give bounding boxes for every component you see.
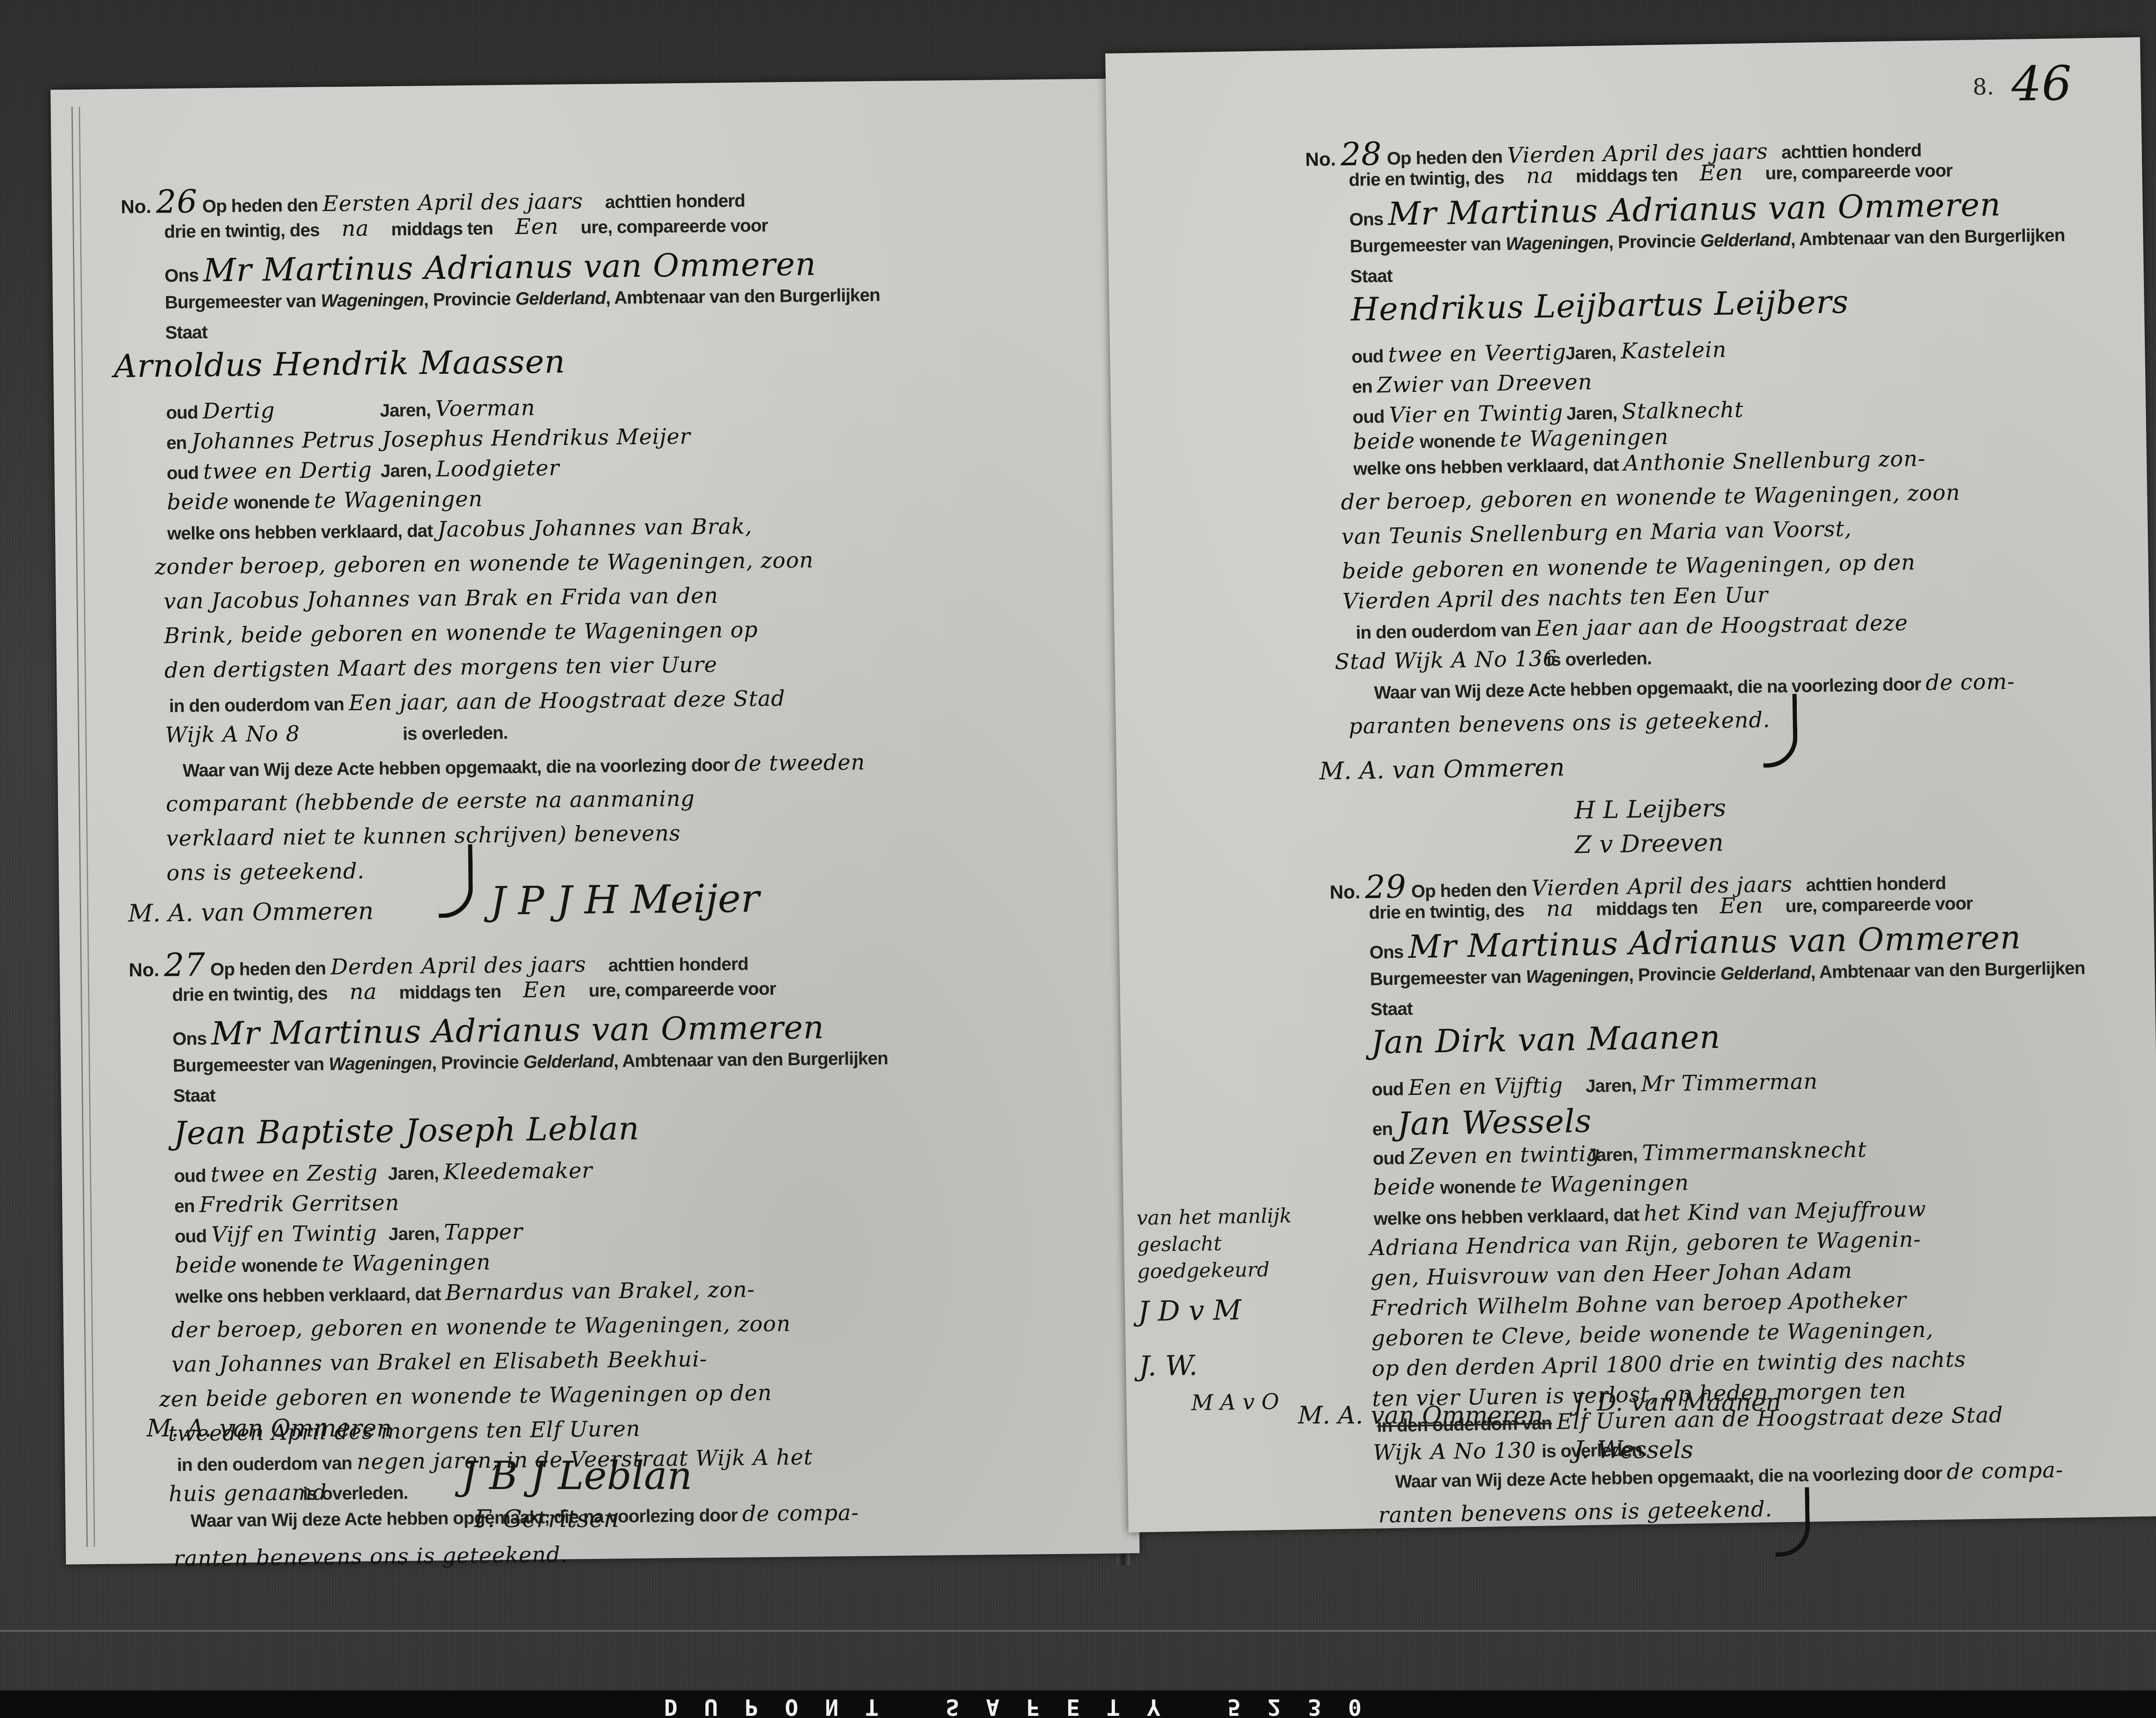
informant2-occupation: Timmermansknecht <box>1642 1137 1867 1166</box>
printed-text: welke ons hebben verklaard, dat <box>1373 1204 1639 1229</box>
left-bottom-signatures: M. A. van Ommeren <box>147 1414 392 1442</box>
address: Wijk A No 130 <box>1373 1438 1537 1465</box>
deceased-line: van Teunis Snellenburg en Maria van Voor… <box>1341 516 1852 549</box>
closing-line: paranten benevens ons is geteekend. <box>1348 707 1771 739</box>
deceased-line: der beroep, geboren en wonende te Wageni… <box>171 1311 791 1342</box>
printed-text: Waar van Wij deze Acte hebben opgemaakt,… <box>182 755 730 781</box>
closing-line: de compa- <box>742 1500 859 1527</box>
printed-text: Wageningen <box>329 1053 432 1074</box>
printed-text: Gelderland <box>523 1051 614 1072</box>
printed-text: Ons <box>1349 209 1383 229</box>
margin-initials: J D v M <box>1138 1291 1293 1331</box>
informant2-age: Zeven en twintig <box>1409 1141 1582 1169</box>
printed-text: drie en twintig, des <box>164 220 320 242</box>
record-number: 26 <box>156 183 197 221</box>
deceased-line: den dertigsten Maart des morgens ten vie… <box>164 652 718 683</box>
signature-informant: J B J Leblan <box>461 1453 692 1499</box>
no-label: No. <box>1329 881 1360 903</box>
printed-text: Jaren, <box>389 1223 439 1244</box>
right-page: 8. 46 No. 28 Op heden den Vierden April … <box>1105 37 2156 1532</box>
address: Wijk A No 8 <box>165 720 398 748</box>
printed-text: , Ambtenaar van den Burgerlijken <box>1811 958 2085 982</box>
printed-text: oud <box>1352 406 1385 427</box>
printed-text: oud <box>175 1226 207 1246</box>
na-word: na <box>1526 163 1554 188</box>
printed-text: en <box>174 1196 195 1216</box>
no-label: No. <box>121 196 151 218</box>
residence-place: te Wageningen <box>314 486 483 513</box>
closing-line: ranten benevens ons is geteekend. <box>174 1542 568 1571</box>
na-word: na <box>1546 896 1574 921</box>
deceased-line: van Jacobus Johannes van Brak en Frida v… <box>163 583 718 614</box>
printed-text: is overleden. <box>1546 648 1651 670</box>
printed-text: en <box>1372 1119 1393 1139</box>
printed-text: oud <box>166 402 198 423</box>
record-date: Derden April des jaars <box>330 952 586 979</box>
printed-text: , Ambtenaar van den Burgerlijken <box>614 1048 888 1071</box>
printed-text: Jaren, <box>388 1163 439 1184</box>
informant2-occupation: Loodgieter <box>436 455 560 482</box>
printed-text: Ons <box>172 1028 207 1049</box>
printed-text: ure, compareerde voor <box>589 978 776 1001</box>
deceased-line: op den derden April 1800 drie en twintig… <box>1372 1347 1966 1381</box>
printed-text: wonende <box>242 1255 317 1276</box>
deceased-line: Bernardus van Brakel, zon- <box>445 1277 755 1305</box>
informant1-age: Een en Vijftig <box>1408 1072 1581 1100</box>
printed-text: Gelderland <box>515 288 606 309</box>
printed-text: drie en twintig, des <box>172 983 328 1005</box>
printed-text: en <box>1352 376 1373 397</box>
printed-text: , Provincie <box>1629 963 1716 985</box>
margin-line: goedgekeurd <box>1137 1256 1293 1285</box>
printed-text: Jaren, <box>1586 1144 1637 1165</box>
printed-text: , Provincie <box>1608 231 1695 252</box>
deceased-line: geboren te Cleve, beide wonende te Wagen… <box>1371 1317 1934 1351</box>
printed-text: is overleden. <box>403 722 508 744</box>
signature-flourish <box>1762 694 1798 768</box>
signature-flourish <box>438 844 473 918</box>
printed-text: en <box>166 433 187 453</box>
informant1-age: Dertig <box>203 397 376 423</box>
printed-text: oud <box>1373 1147 1405 1168</box>
printed-text: middags ten <box>1596 897 1698 919</box>
page-border-rule <box>72 107 95 1547</box>
printed-text: Gelderland <box>1700 229 1791 251</box>
printed-text: Ons <box>1369 941 1404 962</box>
printed-text: wonende <box>1440 1176 1516 1198</box>
residence-place: te Wageningen <box>322 1250 491 1276</box>
informant1-age: twee en Zestig <box>210 1160 383 1187</box>
printed-text: , Provincie <box>423 288 511 310</box>
informant2-age: Vier en Twintig <box>1389 400 1562 428</box>
na-word: na <box>342 216 370 241</box>
printed-text: Gelderland <box>1720 962 1811 984</box>
age-and-place: Een jaar aan de Hoogstraat deze <box>1536 610 1908 641</box>
deceased-line: Fredrich Wilhelm Bohne van beroep Apothe… <box>1371 1287 1907 1321</box>
residence-word: beide <box>1353 428 1415 454</box>
printed-text: welke ons hebben verklaard, dat <box>175 1284 441 1307</box>
margin-initials: J. W. <box>1138 1345 1294 1385</box>
official-name: Mr Martinus Adrianus van Ommeren <box>211 1009 824 1052</box>
printed-text: Staat <box>1350 266 1392 287</box>
printed-text: ure, compareerde voor <box>1785 893 1973 916</box>
printed-text: oud <box>166 463 198 483</box>
deceased-line: zonder beroep, geboren en wonende te Wag… <box>154 548 814 580</box>
printed-text: welke ons hebben verklaard, dat <box>1353 454 1619 479</box>
printed-text: Staat <box>173 1085 215 1106</box>
printed-text: , Provincie <box>432 1052 519 1073</box>
deceased-line: zen beide geboren en wonende te Wagening… <box>159 1380 772 1412</box>
official-name: Mr Martinus Adrianus van Ommeren <box>1408 919 2021 966</box>
age-and-place: Een jaar, aan de Hoogstraat deze Stad <box>348 686 785 715</box>
printed-text: achttien honderd <box>608 953 748 975</box>
deceased-line: van Johannes van Brakel en Elisabeth Bee… <box>172 1346 708 1377</box>
printed-text: ure, compareerde voor <box>1765 160 1952 183</box>
printed-text: oud <box>174 1165 206 1186</box>
printed-text: drie en twintig, des <box>1349 167 1504 190</box>
record-hour: Een <box>523 977 567 1003</box>
address: Stad Wijk A No 136 <box>1335 646 1542 674</box>
printed-text: Burgemeester van <box>173 1054 324 1076</box>
margin-annotation: van het manlijk geslacht goedgekeurd J D… <box>1136 1202 1295 1419</box>
record-number: 27 <box>164 946 206 984</box>
folio-number: 8. <box>1972 74 1994 100</box>
signature-informant: J. Wessels <box>1574 1436 1693 1464</box>
printed-text: Op heden den <box>202 195 318 216</box>
deceased-line: Vierden April des nachts ten Een Uur <box>1342 582 1768 614</box>
informant2-name: Zwier van Dreeven <box>1377 369 1592 398</box>
closing-line: comparant (hebbende de eerste na aanmani… <box>166 786 695 817</box>
printed-text: Jaren, <box>380 400 431 420</box>
informant2-name: Jan Wessels <box>1397 1103 1592 1143</box>
signature-informant: F. Gerritsen <box>474 1505 619 1533</box>
residence-word: beide <box>167 489 229 515</box>
signature-official: M. A. van Ommeren <box>128 897 374 928</box>
record-hour: Een <box>1720 893 1764 919</box>
residence-word: beide <box>175 1252 237 1278</box>
closing-line: ranten benevens ons is geteekend. <box>1378 1496 1773 1527</box>
printed-text: , Ambtenaar van den Burgerlijken <box>1790 225 2065 249</box>
informant2-age: twee en Dertig <box>203 457 376 484</box>
residence-place: te Wageningen <box>1520 1170 1689 1198</box>
residence-word: beide <box>1373 1174 1435 1200</box>
printed-text: in den ouderdom van <box>1356 620 1531 643</box>
printed-text: middags ten <box>391 218 493 239</box>
informant1-occupation: Voerman <box>435 395 535 421</box>
printed-text: middags ten <box>399 981 501 1002</box>
signature-informant: H L Leijbers <box>1574 794 1726 825</box>
signature-official: M. A. van Ommeren <box>1298 1401 1543 1430</box>
printed-text: Jaren, <box>1586 1075 1636 1096</box>
deceased-line: Jacobus Johannes van Brak, <box>437 514 752 542</box>
printed-text: Burgemeester van <box>165 291 316 313</box>
printed-text: Waar van Wij deze Acte hebben opgemaakt,… <box>1395 1463 1942 1492</box>
printed-text: Staat <box>165 322 207 342</box>
printed-text: middags ten <box>1576 164 1678 186</box>
printed-text: Wageningen <box>1526 965 1629 987</box>
residence-place: te Wageningen <box>1500 424 1669 452</box>
printed-text: wonende <box>234 492 309 513</box>
margin-initials: M A v O <box>1191 1387 1295 1418</box>
record-hour: Een <box>1699 160 1743 186</box>
address: huis genaamd <box>169 1480 298 1506</box>
informant1-occupation: Mr Timmerman <box>1641 1069 1818 1096</box>
no-label: No. <box>128 959 159 981</box>
printed-text: oud <box>1372 1078 1404 1099</box>
margin-line: van het manlijk <box>1136 1202 1292 1232</box>
official-name: Mr Martinus Adrianus van Ommeren <box>1388 186 2001 232</box>
informant1-name: Hendrikus Leijbartus Leijbers <box>1351 283 1849 328</box>
margin-line: geslacht <box>1137 1229 1292 1258</box>
informant2-name: Fredrik Gerritsen <box>199 1190 400 1217</box>
signature-informant: Z v Dreeven <box>1575 829 1724 859</box>
printed-text: Waar van Wij deze Acte hebben opgemaakt,… <box>1374 674 1921 703</box>
printed-text: Burgemeester van <box>1370 966 1521 989</box>
informant1-occupation: Kleedemaker <box>443 1158 593 1185</box>
informant1-name: Jean Baptiste Joseph Leblan <box>173 1110 639 1152</box>
signature-informant: J P J H Meijer <box>490 876 759 924</box>
folio-handwritten: 46 <box>2011 56 2072 112</box>
printed-text: Ons <box>164 265 198 286</box>
na-word: na <box>349 979 377 1004</box>
deceased-line: beide geboren en wonende te Wageningen, … <box>1342 550 1916 584</box>
printed-text: oud <box>1351 346 1384 367</box>
informant1-name: Jan Dirk van Maanen <box>1371 1019 1721 1061</box>
informant2-occupation: Stalknecht <box>1622 397 1744 424</box>
deceased-line: Adriana Hendrica van Rijn, geboren te Wa… <box>1369 1227 1921 1260</box>
printed-text: Wageningen <box>321 289 424 310</box>
deceased-line: Brink, beide geboren en wonende te Wagen… <box>164 617 758 648</box>
film-scratch-line <box>0 1630 2156 1632</box>
official-name: Mr Martinus Adrianus van Ommeren <box>203 246 816 289</box>
printed-text: Wageningen <box>1505 232 1609 254</box>
record-date: Eersten April des jaars <box>323 188 583 216</box>
left-page: No. 26 Op heden den Eersten April des ja… <box>50 78 1140 1564</box>
printed-text: Op heden den <box>210 958 326 980</box>
printed-text: drie en twintig, des <box>1369 900 1524 923</box>
closing-line: de com- <box>1925 669 2015 695</box>
death-record-29: No. 29 Op heden den Vierden April des ja… <box>1117 770 2152 787</box>
informant1-name: Arnoldus Hendrik Maassen <box>113 343 565 385</box>
closing-line: de tweeden <box>734 749 865 776</box>
deceased-line: Anthonie Snellenburg zon- <box>1623 446 1926 476</box>
printed-text: ure, compareerde voor <box>580 215 768 238</box>
printed-text: achttien honderd <box>605 190 745 212</box>
record-hour: Een <box>515 214 559 239</box>
deceased-line: gen, Huisvrouw van den Heer Johan Adam <box>1370 1258 1852 1291</box>
printed-text: Burgemeester van <box>1350 234 1501 256</box>
printed-text: Jaren, <box>380 460 431 481</box>
printed-text: , Ambtenaar van den Burgerlijken <box>605 285 880 308</box>
printed-text: in den ouderdom van <box>169 694 344 716</box>
closing-line: verklaard niet te kunnen schrijven) bene… <box>166 821 681 851</box>
printed-text: wonende <box>1420 430 1495 452</box>
signature-informant: J. D. van Maanen <box>1574 1389 1781 1417</box>
no-label: No. <box>1305 149 1336 170</box>
informant2-name: Johannes Petrus Josephus Hendrikus Meije… <box>191 424 690 454</box>
printed-text: Staat <box>1370 998 1413 1019</box>
printed-text: is overleden. <box>303 1483 408 1504</box>
signature-official: M. A. van Ommeren <box>1319 754 1565 786</box>
printed-text: in den ouderdom van <box>177 1453 352 1475</box>
film-edge-code: DUPONT SAFETY 5230 <box>664 1694 1388 1718</box>
informant1-occupation: Kastelein <box>1620 337 1727 364</box>
printed-text: Jaren, <box>1565 342 1616 364</box>
printed-text: Waar van Wij deze Acte hebben opgemaakt,… <box>191 1505 738 1531</box>
signature-official: M. A. van Ommeren <box>147 1414 392 1442</box>
deceased-line: het Kind van Mejuffrouw <box>1644 1196 1927 1226</box>
deceased-line: der beroep, geboren en wonende te Wageni… <box>1341 480 1960 515</box>
official-line: Ons Mr Martinus Adrianus van Ommeren <box>164 246 816 290</box>
printed-text: Jaren, <box>1566 403 1617 424</box>
closing-line: de compa- <box>1946 1458 2064 1484</box>
informant2-occupation: Tapper <box>444 1219 523 1245</box>
informant2-age: Vijf en Twintig <box>211 1220 384 1247</box>
closing-line: ons is geteekend. <box>166 859 365 886</box>
informant1-age: twee en Veertig <box>1388 340 1561 367</box>
printed-text: welke ons hebben verklaard, dat <box>167 520 433 543</box>
